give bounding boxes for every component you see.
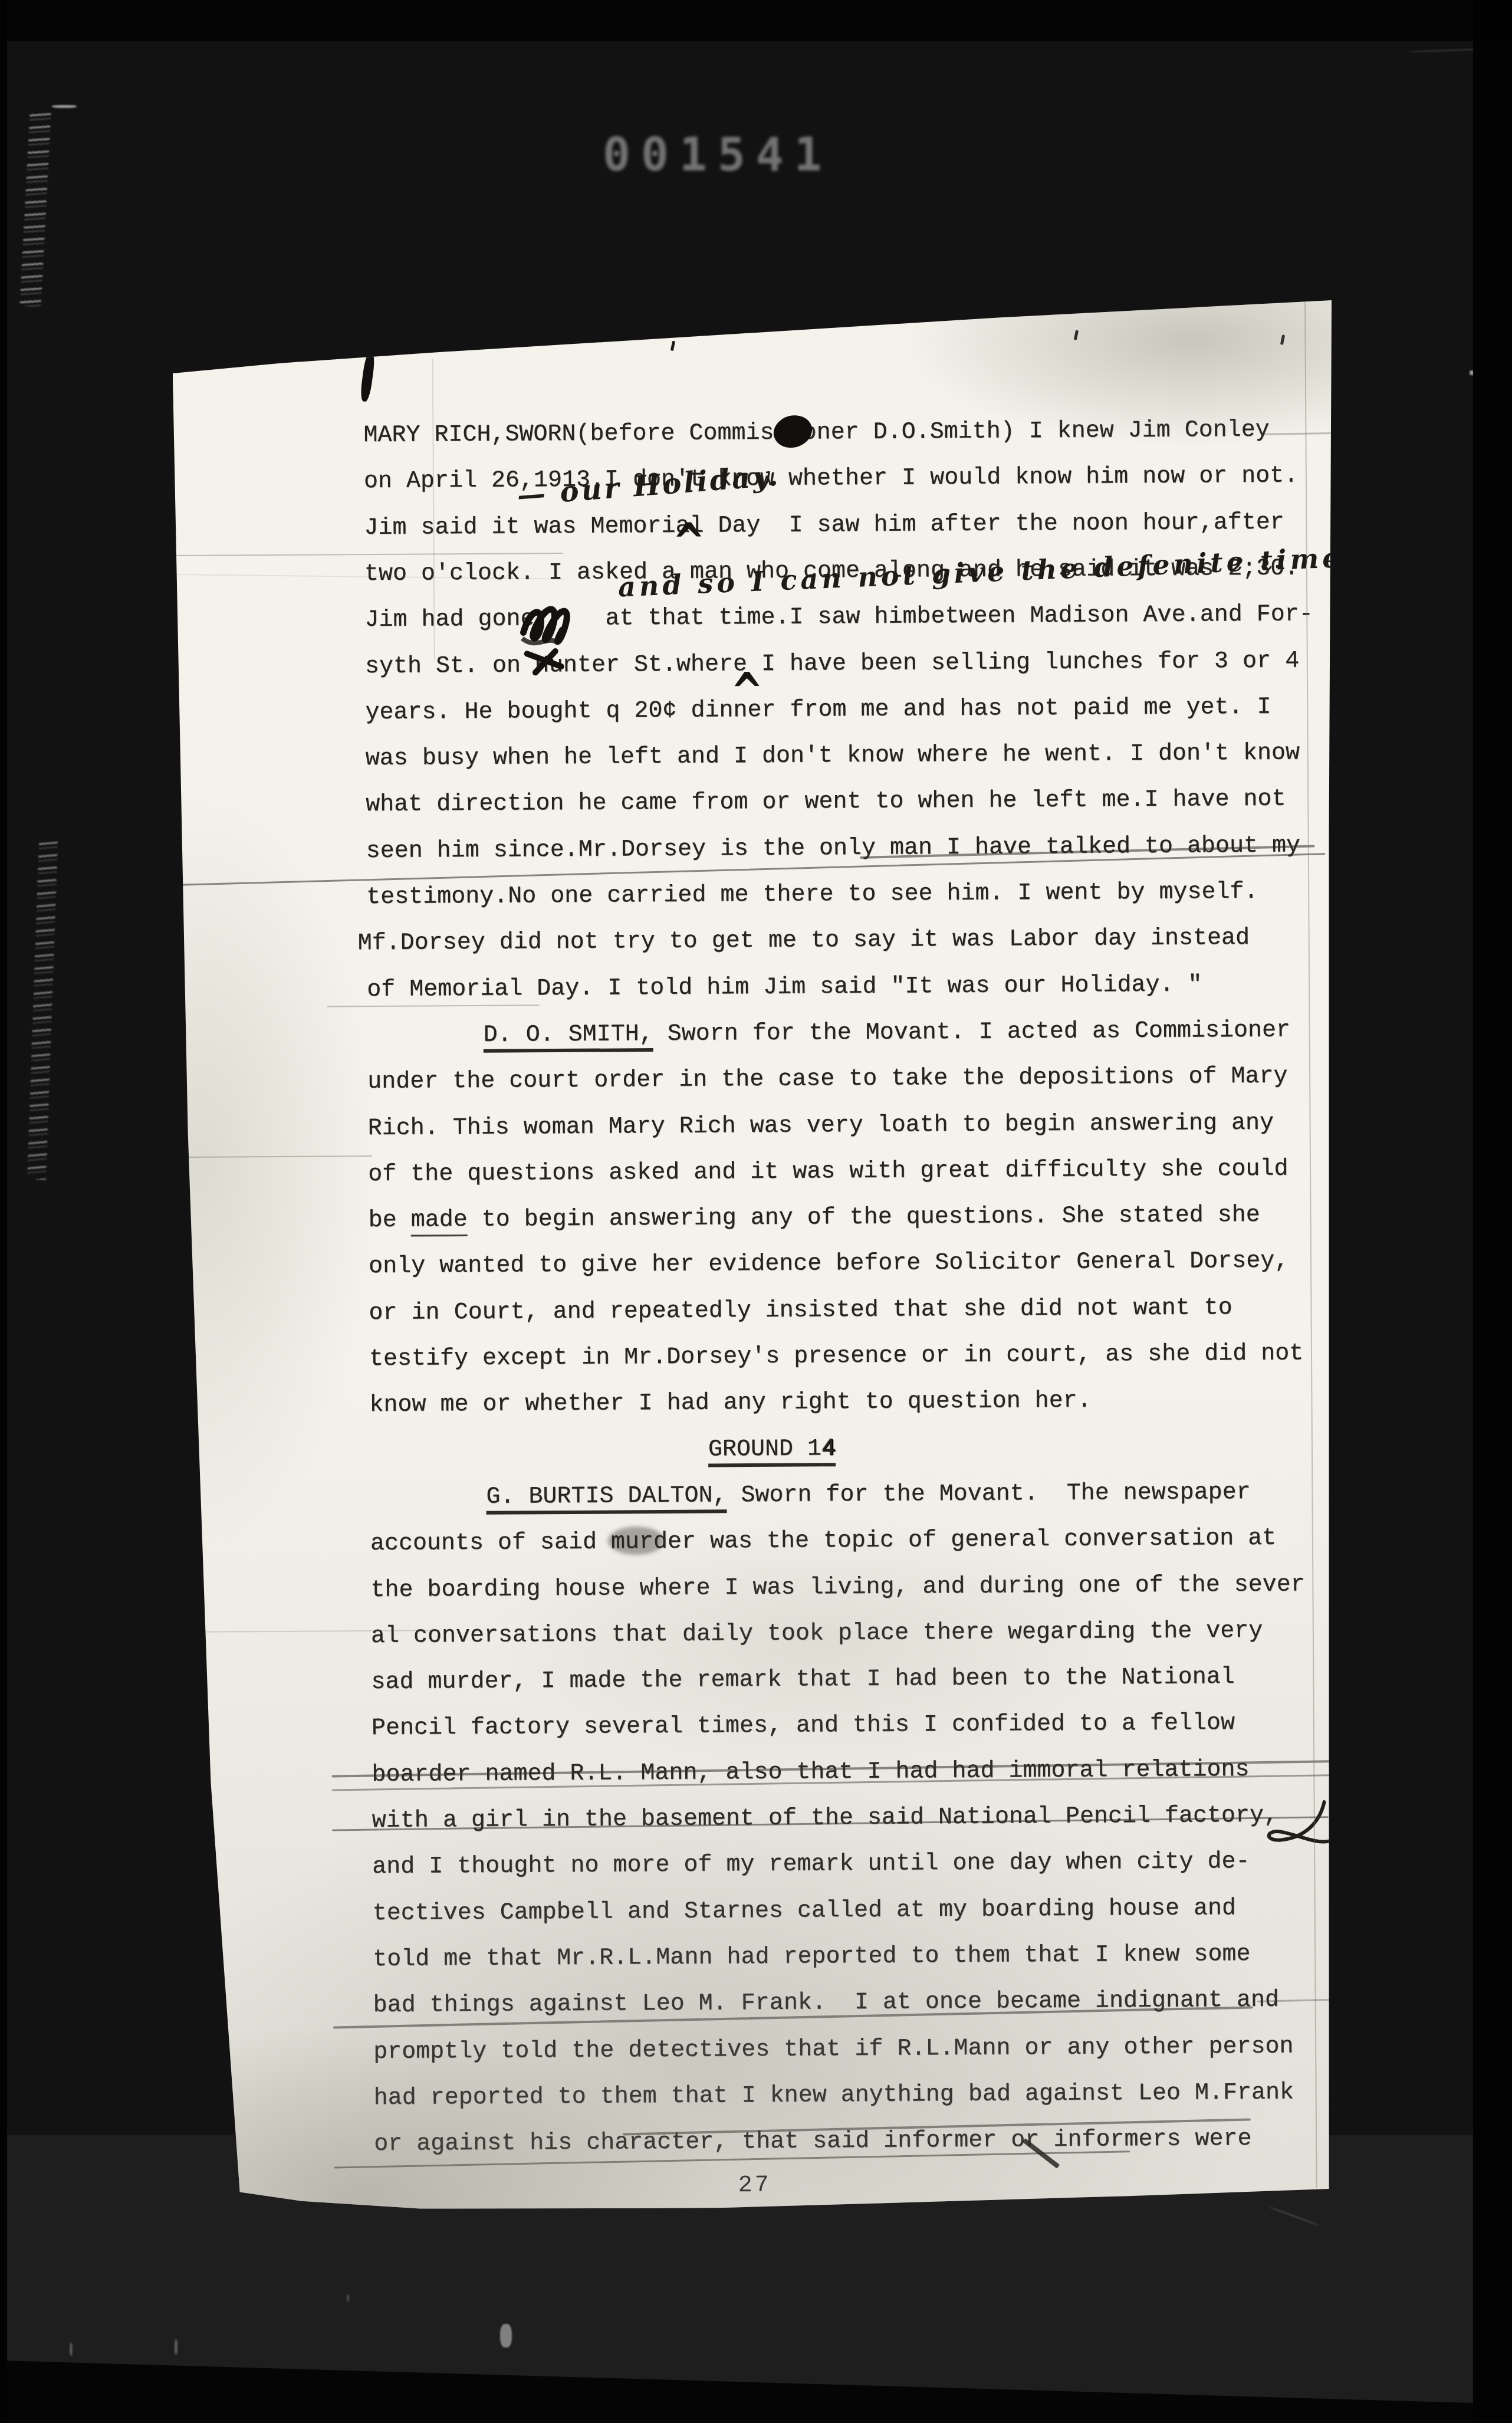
typed-text-segment: Jim said it was Memorial Day I saw him a… — [364, 509, 1284, 541]
typed-text-segment: syth St. on Hunter St.where I have been … — [365, 648, 1300, 680]
pencil-dash-line — [1261, 432, 1388, 435]
typed-line: on April 26,1913.I don't know whether I … — [364, 465, 1298, 494]
typed-line: Rich. This woman Mary Rich was very loat… — [368, 1111, 1274, 1140]
typed-text-segment: on April 26,1913.I don't know whether I … — [364, 463, 1299, 495]
typed-line: only wanted to give her evidence before … — [369, 1250, 1289, 1279]
top-tick-mark — [1074, 330, 1079, 340]
typed-text-segment: and I thought no more of my remark until… — [372, 1849, 1250, 1880]
typed-line: testimony.No one carried me there to see… — [366, 881, 1258, 910]
typed-line: know me or whether I had any right to qu… — [369, 1390, 1091, 1417]
black-strip-right — [1473, 0, 1512, 2423]
typed-text-segment: the boarding house where I was living, a… — [370, 1571, 1305, 1604]
crease-line — [327, 1004, 539, 1007]
typed-line: told me that Mr.R.L.Mann had reported to… — [373, 1943, 1250, 1972]
typed-text-segment: sad murder, I made the remark that I had… — [371, 1664, 1234, 1696]
typed-text-segment: or in Court, and repeatedly insisted tha… — [369, 1295, 1232, 1327]
typed-line: bad things against Leo M. Frank. I at on… — [373, 1989, 1279, 2018]
typed-line: of Memorial Day. I told him Jim said "It… — [367, 973, 1202, 1002]
typed-line: be made to begin answering any of the qu… — [368, 1204, 1260, 1233]
insertion-caret-icon: ^ — [672, 517, 705, 569]
typed-line: testify except in Mr.Dorsey's presence o… — [369, 1342, 1303, 1371]
typed-text-segment: accounts of said murder was the topic of… — [370, 1525, 1276, 1557]
top-tick-mark — [366, 342, 371, 352]
typed-text-segment: know me or whether I had any right to qu… — [369, 1388, 1091, 1419]
typed-line: was busy when he left and I don't know w… — [366, 741, 1300, 771]
typed-text-segment: D. O. SMITH, — [484, 1021, 653, 1053]
film-speck — [70, 2343, 73, 2356]
typed-text-segment: Rich. This woman Mary Rich was very loat… — [367, 1109, 1273, 1141]
paper-tear-mark — [359, 352, 376, 402]
typed-text-segment: testify except in Mr.Dorsey's presence o… — [369, 1340, 1304, 1373]
typed-text-segment: promptly told the detectives that if R.L… — [373, 2033, 1294, 2066]
frame-number-stamp: 001541 — [603, 129, 833, 182]
top-tick-mark — [1280, 334, 1285, 345]
typed-line: Mf.Dorsey did not try to get me to say i… — [358, 927, 1250, 956]
typed-line: the boarding house where I was living, a… — [370, 1573, 1304, 1603]
typed-line: D. O. SMITH, Sworn for the Movant. I act… — [484, 1019, 1290, 1047]
typed-text-segment: Jim had gone at that time.I saw himbetwe… — [364, 601, 1313, 633]
handwriting-definite-time: and so I can not give the defenite time — [617, 541, 1344, 603]
typed-line: or in Court, and repeatedly insisted tha… — [369, 1296, 1232, 1325]
typed-text-segment: MARY RICH,SWORN(before Commissioner D.O.… — [363, 417, 1269, 449]
typed-text-segment: only wanted to give her evidence before … — [369, 1248, 1289, 1281]
pen-flourish — [1255, 1798, 1338, 1858]
film-speck — [52, 105, 77, 108]
typed-line: of the questions asked and it was with g… — [368, 1157, 1288, 1187]
typed-line: Pencil factory several times, and this I… — [372, 1712, 1235, 1741]
typed-text-segment: under the court order in the case to tak… — [367, 1063, 1288, 1096]
typed-line: sad murder, I made the remark that I had… — [371, 1666, 1234, 1695]
typed-text-segment: be — [368, 1207, 410, 1234]
typed-text-segment: G. BURTIS DALTON, — [486, 1482, 727, 1514]
typed-text-segment: had reported to them that I knew anythin… — [374, 2079, 1294, 2112]
typed-line: al conversations that daily took place t… — [371, 1620, 1263, 1649]
typed-text-segment: made — [410, 1207, 467, 1237]
typed-text-segment: bad things against Leo M. Frank. I at on… — [373, 1987, 1279, 2019]
typed-line: years. He bought q 20¢ dinner from me an… — [365, 695, 1271, 724]
typed-text-segment: Sworn for the Movant. The newspaper — [727, 1479, 1250, 1509]
typed-line: Jim had gone at that time.I saw himbetwe… — [364, 603, 1313, 632]
typed-text-segment: Sworn for the Movant. I acted as Commisi… — [653, 1017, 1290, 1048]
typed-line: syth St. on Hunter St.where I have been … — [365, 649, 1299, 679]
typed-line: tectives Campbell and Starnes called at … — [373, 1897, 1236, 1926]
typed-line: Jim said it was Memorial Day I saw him a… — [364, 511, 1284, 540]
typed-text-segment: of Memorial Day. I told him Jim said "It… — [367, 971, 1202, 1003]
ink-scribble — [518, 597, 596, 692]
film-speck — [347, 2294, 349, 2301]
document-page: MARY RICH,SWORN(before Commissioner D.O.… — [172, 300, 1343, 2218]
typed-line: GROUND 14 — [708, 1437, 836, 1462]
typed-text-segment: told me that Mr.R.L.Mann had reported to… — [373, 1941, 1250, 1973]
top-tick-mark — [670, 341, 675, 352]
typed-line: what direction he came from or went to w… — [366, 788, 1286, 817]
film-edge-noise — [27, 841, 58, 1180]
typed-text-segment: testimony.No one carried me there to see… — [366, 879, 1258, 911]
typed-text-segment: was busy when he left and I don't know w… — [366, 740, 1300, 772]
black-strip-top — [0, 0, 1512, 41]
film-edge-noise — [19, 111, 51, 307]
margin-rule-line — [1304, 300, 1317, 2188]
crease-line — [178, 1155, 372, 1158]
typed-text-segment: al conversations that daily took place t… — [371, 1618, 1263, 1650]
film-speck — [175, 2339, 178, 2355]
microfilm-scan: 001541 MARY RICH,SWORN(before Commission… — [0, 0, 1512, 2423]
typed-line: G. BURTIS DALTON, Sworn for the Movant. … — [486, 1481, 1250, 1509]
typed-text-segment: to begin answering any of the questions.… — [467, 1202, 1260, 1233]
insertion-caret-icon: ^ — [731, 666, 764, 718]
typed-text-segment: tectives Campbell and Starnes called at … — [373, 1895, 1236, 1927]
black-strip-left — [0, 0, 7, 2423]
typed-line: accounts of said murder was the topic of… — [370, 1527, 1276, 1556]
typed-text-segment: of the questions asked and it was with g… — [368, 1155, 1289, 1188]
typed-text-segment: Pencil factory several times, and this I… — [372, 1710, 1235, 1742]
typed-text-segment: Mf.Dorsey did not try to get me to say i… — [358, 925, 1250, 957]
film-speck — [500, 2324, 512, 2348]
page-number: 27 — [738, 2172, 771, 2199]
typed-text-segment: years. He bought q 20¢ dinner from me an… — [365, 694, 1271, 725]
typed-line: had reported to them that I knew anythin… — [374, 2081, 1294, 2110]
typed-line: under the court order in the case to tak… — [367, 1065, 1287, 1095]
typed-line: promptly told the detectives that if R.L… — [373, 2035, 1293, 2064]
typed-line: MARY RICH,SWORN(before Commissioner D.O.… — [363, 419, 1269, 448]
crease-line — [174, 553, 563, 556]
typed-text-segment: 4 — [821, 1436, 836, 1466]
typed-line: and I thought no more of my remark until… — [372, 1850, 1250, 1879]
typed-text-segment: GROUND 1 — [708, 1436, 821, 1467]
typed-text-segment: what direction he came from or went to w… — [366, 786, 1286, 819]
typed-text: MARY RICH,SWORN(before Commissioner D.O.… — [172, 300, 1332, 307]
